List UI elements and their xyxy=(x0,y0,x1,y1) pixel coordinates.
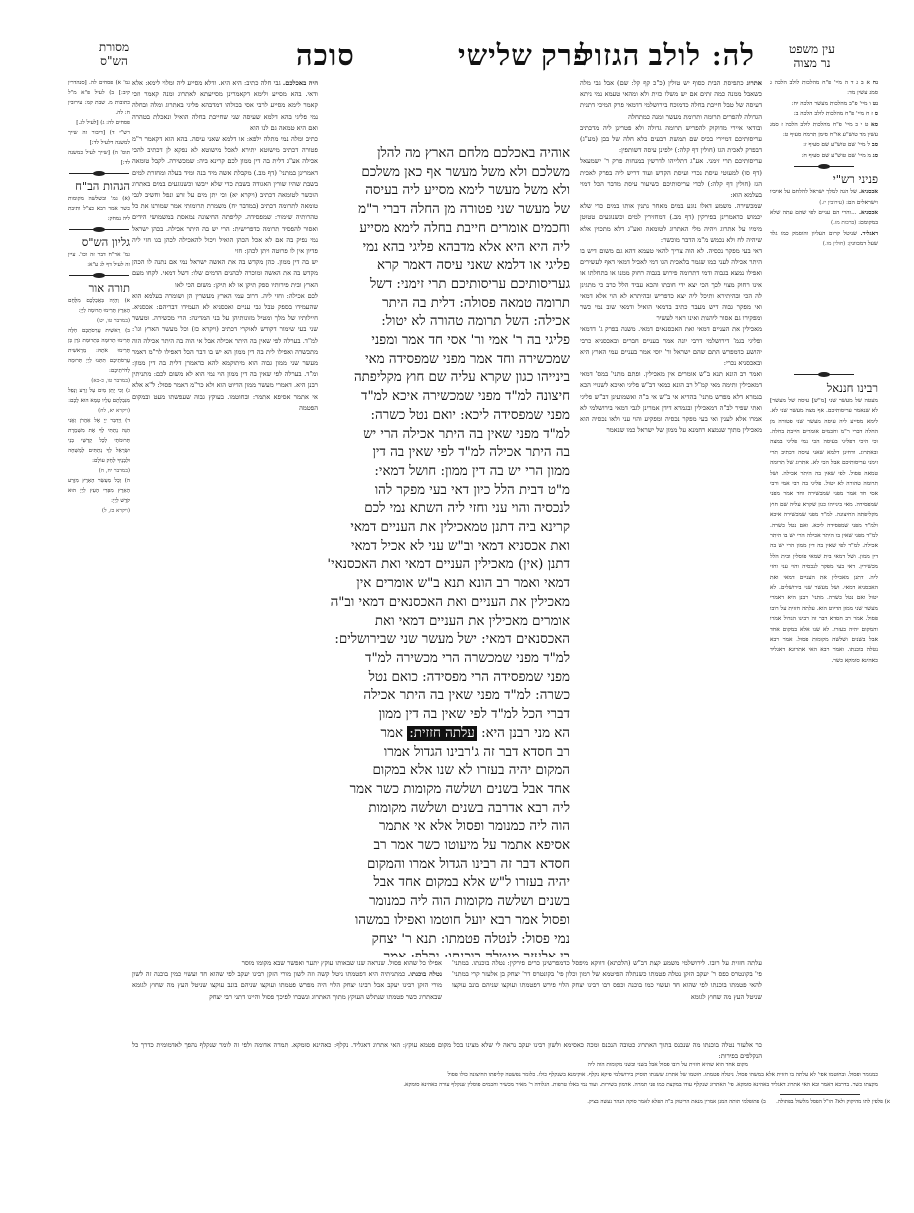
highlighted-dibbur-hamatchil[interactable]: עלתה חזזית: xyxy=(407,726,477,741)
rabbeinu-chananel-title: רבינו חננאל xyxy=(770,380,878,396)
torah-or-verse: ג) וְכִי יֻתַּן מַיִם עַל זֶרַע וְנָפַל … xyxy=(68,386,130,416)
gemara-line: ממון הרי יש בה דין ממון: חושל דמאי: xyxy=(324,463,570,482)
ein-mishpat-heading: עין משפט נר מצוה xyxy=(770,42,854,70)
rashi-paragraph: יש בה דין ממון. כהן מקדש בה את האשה ישרא… xyxy=(132,257,318,291)
gemara-line: חסדא דבר זה רבינו הגדול אמרו והמקום xyxy=(324,856,570,875)
gemara-line: בינייהו כגון שקרא עליה שם חוץ מקליפתה xyxy=(324,369,570,388)
rashi-paragraph: אפילו כל שהוא פסול. שנראה שנו שבאותו עוק… xyxy=(132,958,442,969)
gemara-line: רב חסדא דבר זה ג'רבינו הגדול אמרו xyxy=(324,744,570,763)
gemara-main-text: אוהיה באכלכם מלחם הארץ מה להלן משלכם ולא… xyxy=(324,145,570,957)
pninei-rashi-entry: דאגליד. שניטל קרום העליון והוסמק כמו גלד… xyxy=(770,229,878,250)
gemara-line: פליגי או דלמא שאני עיסה דאמר קרא xyxy=(324,257,570,276)
torah-or-title: תורה אור xyxy=(68,280,130,296)
gemara-line: מ"ט דבית הלל כיון דאי בעי מפקר להו xyxy=(324,482,570,501)
gemara-line: יהיה בעזרו ל"ש אלא במקום אחד אבל xyxy=(324,874,570,893)
gemara-line: דתנן (אין) מאכילין העניים דמאי ואת האכסנ… xyxy=(324,556,570,575)
rashi-paragraph: היה באכלכם. גבי חלה כתיב: היא היא. ודלא … xyxy=(132,78,318,134)
chapter-number: פרק שלישי xyxy=(458,40,590,72)
ein-mishpat-entry: נח א ב ג ד ה מיי' פ"ח מהלכות לולב הלכה ג… xyxy=(770,78,878,99)
chapter-name: לולב הגזול xyxy=(580,40,701,72)
gemara-line: אסיפא אתמר על מיעוטו כשר אמר רב xyxy=(324,837,570,856)
ornament-divider xyxy=(770,370,878,380)
rashi-dibbur-hamatchil: היה באכלכם. xyxy=(283,79,318,87)
gemara-line: למ"ד מפני שמכשרה הרי מכשירה למ"ד xyxy=(324,650,570,669)
gemara-line: ולא משל מעשר לימא מסייע ליה בעיסה xyxy=(324,182,570,201)
footnote-a: א) פלפין לתו מהיקוק ולא? הו"ל הפסל מלשול… xyxy=(776,1099,890,1105)
gemara-line: בשנים ושלשה מקומות הוה ליה כמנומר xyxy=(324,893,570,912)
tosafot-column: אתרוג כתפיסת הבית כסוף יש טולין (כ"כ קף … xyxy=(580,78,762,958)
tosafot-paragraph: ואמר רב הונא תנא ב"ש אומרים אין מאכילין.… xyxy=(580,369,762,436)
gemara-line: אחד אבל בשנים ושלשה מקומות כשר אמר xyxy=(324,781,570,800)
torah-or-verse: ד) וַיְדַבֵּר יְיָ אֶל אַהֲרֹן וַאֲנִי ה… xyxy=(68,416,130,476)
tosafot-paragraph: דאי בעי מפקר נכסיה. לא הוה צריך להאי טעמ… xyxy=(580,246,762,324)
ein-mishpat-entry: נט ו מיי' פ"ב מהלכות מעשר הלכה יח: xyxy=(770,99,878,109)
torah-or-verse: ב) רֵאשִׁית עֲרִסֹתֵכֶם חַלָּה תָּרִימוּ… xyxy=(68,326,130,386)
rashi-column: היה באכלכם. גבי חלה כתיב: היא היא. ודלא … xyxy=(132,78,318,958)
tractate-name: סוכה xyxy=(296,40,355,72)
rashi-paragraph: לכם אכילה: וחזי ליה. דרוב עמי הארץ מעשרי… xyxy=(132,291,318,414)
pninei-rashi-entry: אכסניא. של הגה למלך ישראל להלחם על אויבי… xyxy=(770,187,878,208)
gemara-line: למ"ד מפני שאין בה היתר אכילה הרי יש xyxy=(324,426,570,445)
gemara-line: ופסול אמר רבא יועל חוטמו ואפילו במשהו xyxy=(324,912,570,931)
tosafot-paragraph: עריסותיכם תרי זימני. אע"ג דתלייהו לדרשין… xyxy=(580,156,762,201)
ein-mishpat-heading-line2: נר מצוה xyxy=(770,56,854,70)
masoret-heading-line2: הש"ס xyxy=(86,54,142,68)
gemara-line: קרינא ביה דתנן טמאכילין את העניים דמאי xyxy=(324,519,570,538)
folio-number: לה: xyxy=(712,40,755,72)
masoret-hashas-heading: מסורת הש"ס xyxy=(86,40,142,68)
gemara-line: מפני שמפסידה הרי מפסידה: כואם נטל xyxy=(324,669,570,688)
hagahot-habach-title: הגהות הב"ח xyxy=(68,178,130,194)
gemara-line: בה היתר אכילה למ"ד לפי שאין בה דין xyxy=(324,444,570,463)
rashi-bottom: אפילו כל שהוא פסול. שנראה שנו שבאותו עוק… xyxy=(132,958,442,1044)
tosafot-paragraph: מאכילין את העניים דמאי ואת האכסנאים דמאי… xyxy=(580,324,762,369)
ein-mishpat-entry: סא ט י כ מיי' פ"ח מהלכות לולב הלכה ז סמג… xyxy=(770,120,878,141)
rashi-paragraph: נטלה בוכנתו. כמתניתיה היא דפטמתו ניטל קש… xyxy=(132,969,442,1003)
masoret-line: גמ' א) פסחים לה. [סנהדרין קיב:] ב) לעיל … xyxy=(68,78,130,118)
gemara-line: פליגי בה ר' אמי ור' אסי חד אמר ומפני xyxy=(324,332,570,351)
tosafot-paragraph: עלתה חזזית על רובו. לירושלמי משמע קצת דב… xyxy=(452,958,762,1003)
gemara-line: נמי פסול: לנטלה פטמתו: תנא ר' יצחק xyxy=(324,931,570,950)
gemara-line: ליה היא היא אלא מדבהא פליגי בהא נמי xyxy=(324,239,570,258)
ornament-divider xyxy=(68,224,130,234)
tosafot-paragraph: שמכשירה. משמע דאלו נוגע במים מאחר נתנין … xyxy=(580,201,762,246)
ein-mishpat-entry: סב ל מיי' שם טוש"ע שם סעיף ז: xyxy=(770,140,878,150)
gemara-line: המקום יהיה בעזרו לא שנו אלא במקום xyxy=(324,762,570,781)
ornament-divider xyxy=(68,168,130,178)
masoret-heading-line1: מסורת xyxy=(86,40,142,54)
gemara-line: משלכם ולא משל מעשר אף כאן משלכם xyxy=(324,164,570,183)
gemara-line: אוהיה באכלכם מלחם הארץ מה להלן xyxy=(324,145,570,164)
ein-mishpat-entry: ס ז ח מיי' פ"ח מהלכות לולב הלכה ב: xyxy=(770,109,878,119)
footnote-b: ב) פתופלמי תותה המנן אמרין מנאת הריטוק ב… xyxy=(587,1099,766,1105)
torah-or-verse: א) וְהָיָה בַּאֲכָלְכֶם מִלֶּחֶם הָאָרֶץ… xyxy=(68,296,130,326)
gemara-line: לנכסיה והוי עני וחזי ליה השתא נמי לכם xyxy=(324,500,570,519)
tosafot-bottom: עלתה חזזית על רובו. לירושלמי משמע קצת דב… xyxy=(452,958,762,1044)
left-margin-column: גמ' א) פסחים לה. [סנהדרין קיב:] ב) לעיל … xyxy=(68,78,130,658)
rabbeinu-chananel-text: מעטה של מעשר שני [מ"ש] עיסה של מעשר] לא … xyxy=(770,396,878,667)
gemara-line: הוה ליה כמנומר ופסול אלא אי אתמר xyxy=(324,818,570,837)
ornament-divider xyxy=(68,270,130,280)
gemara-line: בן אלעזר מנטלה בוכנתו: נקלף: אמר xyxy=(324,949,570,957)
gilyon-hashas-title: גליון הש"ס xyxy=(68,234,130,250)
right-margin-column: נח א ב ג ד ה מיי' פ"ח מהלכות לולב הלכה ג… xyxy=(770,78,878,1118)
gemara-line: האכסנאים דמאי: ישל מעשר שני שבירושלים: xyxy=(324,631,570,650)
gemara-line: מאכילין את העניים ואת האכסנאים דמאי וב"ה xyxy=(324,594,570,613)
footnotes: א) פלפין לתו מהיקוק ולא? הו"ל הפסל מלשול… xyxy=(200,1098,890,1107)
masoret-line: תוס' ה) [שייך לעיל כמשנה לד:] xyxy=(68,148,130,168)
pninei-rashi-title: פניני רש"י xyxy=(770,171,878,187)
gemara-line: של מעשר שני פטורה מן החלה דברי ר"מ xyxy=(324,201,570,220)
tosafot-paragraph: אתרוג כתפיסת הבית כסוף יש טולין (כ"כ קף … xyxy=(580,78,762,123)
gemara-line: אומרים מאכילין את העניים דמאי ואת xyxy=(324,613,570,632)
hagahot-habach-text: (א) גמ' ובשלשה מקומות כשר אמר רבא כצ"ל ו… xyxy=(68,194,130,224)
pninei-rashi-entry: אכסניא. ...והרי הם עניים לפי שהם עתה שלא… xyxy=(770,208,878,229)
gemara-line: חיצונה למ"ד מפני שמכשירה איכא למ"ד xyxy=(324,388,570,407)
gemara-line: אכילה: השל תרומה טהורה לא יטול: xyxy=(324,313,570,332)
gemara-line: ליה רבא אדרבה בשנים ושלשה מקומות xyxy=(324,800,570,819)
gemara-line: תרומה טמאה פסולה: דלית בה היתר xyxy=(324,295,570,314)
gemara-line-with-highlight: הא מני רבנן היא: עלתה חזזית: אמר xyxy=(324,725,570,744)
footnote-divider xyxy=(780,1094,860,1095)
masoret-line: רש"י ד) [דיבור זה שייך למשנה דלעיל לד:] xyxy=(68,128,130,148)
rabbeinu-chananel-bottom: מקום אחד הוא שהיא חזזית על רובו פסול אבל… xyxy=(40,1060,878,1096)
gemara-line: דמאי ואמר רב הונא תנא ב"ש אומרים אין xyxy=(324,575,570,594)
gemara-line: געריסותיכם עריסותיכם תרי זימני: דשל xyxy=(324,276,570,295)
ornament-divider xyxy=(770,161,878,171)
gemara-line: כשרה: למ"ד מפני שאין בה היתר אכילה xyxy=(324,687,570,706)
gemara-line: שמכשירה וחד אמר מפני שמפסידה מאי xyxy=(324,351,570,370)
gemara-line: דברי הכל למ"ד לפי שאין בה דין ממון xyxy=(324,706,570,725)
tosafot-paragraph: ובודאי איירי מדוקוק להפריש תרומה גדולה ו… xyxy=(580,123,762,157)
rashi-paragraph: כתיב ומלה נמי מתלה ילפא: או דלמא שאני עי… xyxy=(132,134,318,257)
ein-mishpat-entry: סג מ מיי' שם טוש"ע שם סעיף ח: xyxy=(770,151,878,161)
torah-or-verse: ה) וְכָל מַעְשַׂר הָאָרֶץ מִזֶּרַע הָאָר… xyxy=(68,476,130,516)
gemara-line: מפני שמפסידה ליכא: יואם נטל כשרה: xyxy=(324,407,570,426)
ein-mishpat-heading-line1: עין משפט xyxy=(770,42,854,56)
gemara-line: וחכמים אומרים חייבת בחלה לימא מסייע xyxy=(324,220,570,239)
gilyon-hashas-text: גמ' אר"ח דבר זה וכו'. עיין זה לעיל דף לג… xyxy=(68,250,130,270)
masoret-line: פסחים לה: ג) [לעיל לג.] xyxy=(68,118,130,128)
gemara-line: ואת אכסניא דמאי וב"ש עני לא אכיל דמאי xyxy=(324,538,570,557)
